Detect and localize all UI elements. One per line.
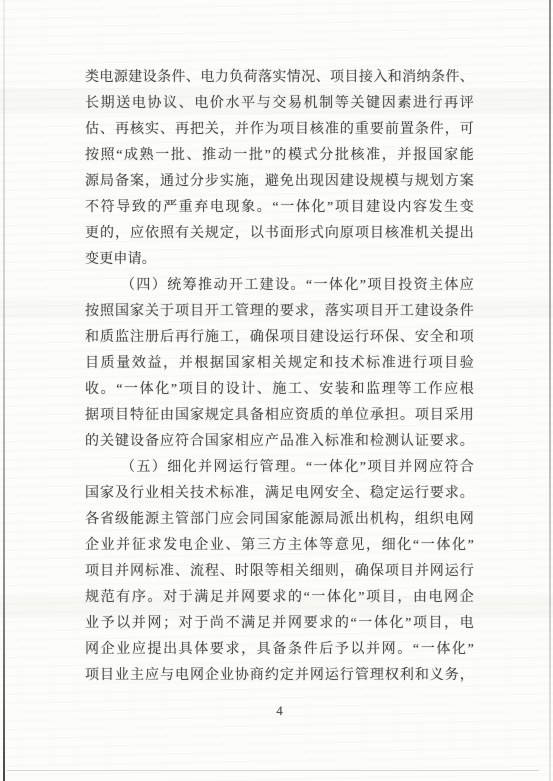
text-line: 类电源建设条件、电力负荷落实情况、项目接入和消纳条件、 [85, 65, 474, 91]
text-line: 项目并网标准、流程、时限等相关细则，确保项目并网运行 [85, 559, 474, 585]
page-right-edge-shadow [549, 0, 551, 781]
text-line: 源局备案，通过分步实施，避免出现因建设规模与规划方案 [85, 169, 474, 195]
text-line: 按照国家关于项目开工管理的要求，落实项目开工建设条件 [85, 299, 474, 325]
text-line: 网企业应提出具体要求，具备条件后予以并网。“一体化” [85, 637, 474, 663]
text-line: 企业并征求发电企业、第三方主体等意见，细化“一体化” [85, 533, 474, 559]
page-left-edge-shadow [3, 0, 5, 781]
text-line: 业予以并网；对于尚不满足并网要求的“一体化”项目，电 [85, 611, 474, 637]
text-line: 项目业主应与电网企业协商约定并网运行管理权利和义务， [85, 663, 474, 689]
text-line: 更的，应依照有关规定，以书面形式向原项目核准机关提出 [85, 221, 474, 247]
text-line: 估、再核实、再把关，并作为项目核准的重要前置条件，可 [85, 117, 474, 143]
text-line: 规范有序。对于满足并网要求的“一体化”项目，由电网企 [85, 585, 474, 611]
text-line: 按照“成熟一批、推动一批”的模式分批核准，并报国家能 [85, 143, 474, 169]
text-line: 目质量效益，并根据国家相关规定和技术标准进行项目验 [85, 351, 474, 377]
text-line: 长期送电协议、电价水平与交易机制等关键因素进行再评 [85, 91, 474, 117]
text-line-section-5-heading: （五）细化并网运行管理。“一体化”项目并网应符合 [85, 455, 474, 481]
text-line-section-4-heading: （四）统筹推动开工建设。“一体化”项目投资主体应 [85, 273, 474, 299]
text-line: 不符导致的严重弃电现象。“一体化”项目建设内容发生变 [85, 195, 474, 221]
text-line: 据项目特征由国家规定具备相应资质的单位承担。项目采用 [85, 403, 474, 429]
page-number: 4 [85, 701, 474, 721]
text-line: 和质监注册后再行施工，确保项目建设运行环保、安全和项 [85, 325, 474, 351]
text-line-paragraph-end: 变更申请。 [85, 247, 474, 273]
text-line: 的关键设备应符合国家相应产品准入标准和检测认证要求。 [85, 429, 474, 455]
text-line: 各省级能源主管部门应会同国家能源局派出机构，组织电网 [85, 507, 474, 533]
text-line: 国家及行业相关技术标准，满足电网安全、稳定运行要求。 [85, 481, 474, 507]
document-body: 类电源建设条件、电力负荷落实情况、项目接入和消纳条件、 长期送电协议、电价水平与… [85, 65, 474, 689]
page-bottom-edge-line [7, 770, 539, 771]
text-line: 收。“一体化”项目的设计、施工、安装和监理等工作应根 [85, 377, 474, 403]
document-page: 类电源建设条件、电力负荷落实情况、项目接入和消纳条件、 长期送电协议、电价水平与… [0, 0, 553, 781]
